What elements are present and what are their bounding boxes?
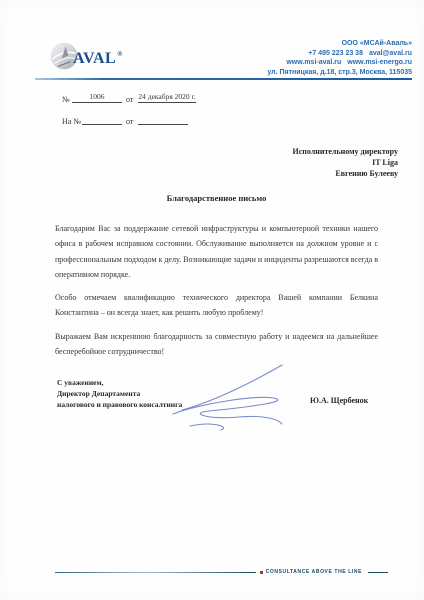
letter-body: Благодарим Вас за поддержание сетевой ин… xyxy=(55,221,378,367)
ref-number-value: 1006 xyxy=(72,88,122,103)
ref-from-label: от xyxy=(126,95,133,104)
footer-slogan: CONSULTANCE ABOVE THE LINE xyxy=(266,569,362,575)
contact-phone: +7 495 223 23 38 xyxy=(308,50,363,57)
contact-address: ул. Пятницкая, д.18, стр.3, Москва, 1150… xyxy=(267,68,412,78)
scanned-letter-page: AVAL ® ООО «МСАй-Аваль» +7 495 223 23 38… xyxy=(0,0,424,600)
signature-role-line1: Директор Департамента xyxy=(57,388,182,399)
ref-number-label: № xyxy=(62,95,70,104)
company-contact-block: ООО «МСАй-Аваль» +7 495 223 23 38aval@av… xyxy=(267,39,412,77)
reply-ref-blank xyxy=(82,110,122,125)
footer: CONSULTANCE ABOVE THE LINE xyxy=(55,569,388,575)
recipient-position: Исполнительному директору xyxy=(292,146,398,157)
recipient-block: Исполнительному директору IT Liga Евгени… xyxy=(292,146,398,179)
brand-wordmark: AVAL xyxy=(73,50,116,68)
signature-closing-block: С уважением, Директор Департамента налог… xyxy=(57,377,182,410)
handwritten-signature xyxy=(168,363,290,436)
contact-email: aval@aval.ru xyxy=(369,50,412,57)
reply-date-blank xyxy=(138,110,188,125)
signature-role-line2: налогового и правового консалтинга xyxy=(57,399,182,410)
contact-phone-email-row: +7 495 223 23 38aval@aval.ru xyxy=(267,49,412,59)
letter-title: Благодарственное письмо xyxy=(55,193,378,203)
contact-company-name: ООО «МСАй-Аваль» xyxy=(267,39,412,49)
footer-line-long xyxy=(55,572,256,573)
contact-website-1: www.msi-aval.ru xyxy=(286,59,341,66)
reply-ref-label: На № xyxy=(62,117,81,126)
header-divider-line xyxy=(35,78,412,80)
footer-line-short xyxy=(368,572,388,573)
registered-trademark-symbol: ® xyxy=(117,50,122,58)
contact-website-2: www.msi-energo.ru xyxy=(347,59,412,66)
footer-bullet-icon xyxy=(260,571,263,574)
recipient-company: IT Liga xyxy=(292,157,398,168)
aval-logo: AVAL ® xyxy=(50,42,122,75)
recipient-name: Евгению Булееву xyxy=(292,168,398,179)
signatory-name: Ю.А. Щербенок xyxy=(310,396,368,405)
reply-from-label: от xyxy=(126,117,133,126)
signature-closing: С уважением, xyxy=(57,377,182,388)
paragraph-3: Выражаем Вам искреннюю благодарность за … xyxy=(55,329,378,360)
paragraph-1: Благодарим Вас за поддержание сетевой ин… xyxy=(55,221,378,282)
ref-date-value: 24 декабря 2020 г. xyxy=(138,88,196,103)
paragraph-2: Особо отмечаем квалификацию технического… xyxy=(55,290,378,321)
contact-websites-row: www.msi-aval.ruwww.msi-energo.ru xyxy=(267,58,412,68)
